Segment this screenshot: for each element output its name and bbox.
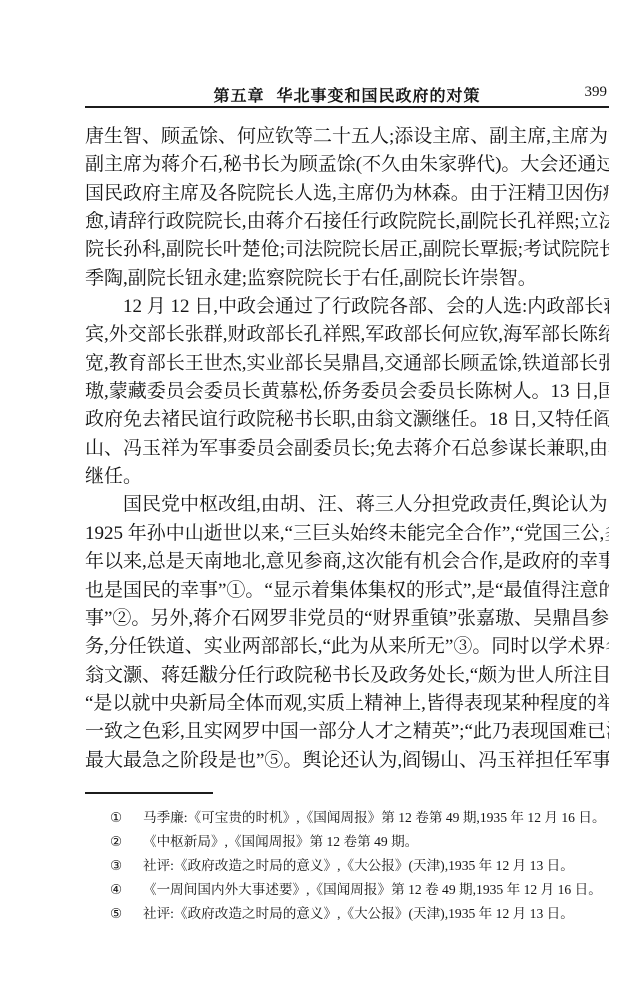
text-line: 翁文灏、蒋廷黻分任行政院秘书长及政务处长,“颇为世人所注目”④。 [85, 662, 609, 690]
text-line: 务,分任铁道、实业两部部长,“此为从来所无”③。同时以学术界名人 [85, 633, 609, 661]
text-line: 一致之色彩,且实网罗中国一部分人才之精英”;“此乃表现国难已演至 [85, 718, 609, 746]
text-line: 12 月 12 日,中政会通过了行政院各部、会的人选:内政部长蒋作 [85, 293, 609, 321]
text-line: 宾,外交部长张群,财政部长孔祥熙,军政部长何应钦,海军部长陈绍 [85, 321, 609, 349]
footnote-text: 社评:《政府改造之时局的意义》,《大公报》(天津),1935 年 12 月 13… [143, 854, 609, 878]
text-line: 最大最急之阶段是也”⑤。舆论还认为,阎锡山、冯玉祥担任军事委员 [85, 747, 609, 775]
text-line: 1925 年孙中山逝世以来,“三巨头始终未能完全合作”,“党国三公,多 [85, 520, 609, 548]
footnotes: ① 马季廉:《可宝贵的时机》,《国闻周报》第 12 卷第 49 期,1935 年… [85, 806, 609, 926]
text-line: 唐生智、顾孟馀、何应钦等二十五人;添设主席、副主席,主席为汪精卫, [85, 123, 609, 151]
footnote-text: 《中枢新局》,《国闻周报》第 12 卷第 49 期。 [143, 830, 609, 854]
paragraph: 唐生智、顾孟馀、何应钦等二十五人;添设主席、副主席,主席为汪精卫, 副主席为蒋介… [85, 123, 609, 293]
footnote-marker: ⑤ [110, 902, 130, 926]
text-line: “是以就中央新局全体而观,实质上精神上,皆得表现某种程度的举国 [85, 690, 609, 718]
footnote-marker: ② [110, 830, 130, 854]
text-line: 璈,蒙藏委员会委员长黄慕松,侨务委员会委员长陈树人。13 日,国民 [85, 378, 609, 406]
text-line: 院长孙科,副院长叶楚伧;司法院院长居正,副院长覃振;考试院院长戴 [85, 236, 609, 264]
text-line: 季陶,副院长钮永建;监察院院长于右任,副院长许崇智。 [85, 265, 609, 293]
text-line: 政府免去褚民谊行政院秘书长职,由翁文灏继任。18 日,又特任阎锡 [85, 406, 609, 434]
paragraph: 国民党中枢改组,由胡、汪、蒋三人分担党政责任,舆论认为自 1925 年孙中山逝世… [85, 491, 609, 774]
text-line: 宽,教育部长王世杰,实业部长吴鼎昌,交通部长顾孟馀,铁道部长张嘉 [85, 350, 609, 378]
header-rule [85, 106, 609, 108]
page-number: 399 [585, 84, 608, 101]
footnote-marker: ① [110, 806, 130, 830]
footnote-item: ② 《中枢新局》,《国闻周报》第 12 卷第 49 期。 [85, 830, 609, 854]
text-line: 副主席为蒋介石,秘书长为顾孟馀(不久由朱家骅代)。大会还通过了 [85, 151, 609, 179]
footnote-item: ⑤ 社评:《政府改造之时局的意义》,《大公报》(天津),1935 年 12 月 … [85, 902, 609, 926]
text-line: 山、冯玉祥为军事委员会副委员长;免去蒋介石总参谋长兼职,由程潜 [85, 435, 609, 463]
footnote-text: 社评:《政府改造之时局的意义》,《大公报》(天津),1935 年 12 月 13… [143, 902, 609, 926]
footnote-text: 《一周间国内外大事述要》,《国闻周报》第 12 卷 49 期,1935 年 12… [143, 878, 609, 902]
text-line: 事”②。另外,蒋介石网罗非党员的“财界重镇”张嘉璈、吴鼎昌参加国 [85, 605, 609, 633]
text-line: 继任。 [85, 463, 609, 491]
body-text: 唐生智、顾孟馀、何应钦等二十五人;添设主席、副主席,主席为汪精卫, 副主席为蒋介… [85, 123, 609, 775]
footnote-item: ① 马季廉:《可宝贵的时机》,《国闻周报》第 12 卷第 49 期,1935 年… [85, 806, 609, 830]
text-line: 年以来,总是天南地北,意见参商,这次能有机会合作,是政府的幸事, [85, 548, 609, 576]
text-line: 愈,请辞行政院院长,由蒋介石接任行政院院长,副院长孔祥熙;立法院 [85, 208, 609, 236]
footnote-text: 马季廉:《可宝贵的时机》,《国闻周报》第 12 卷第 49 期,1935 年 1… [143, 806, 609, 830]
footnote-marker: ④ [110, 878, 130, 902]
running-head: 第五章华北事变和国民政府的对策 399 [85, 83, 609, 103]
footnote-item: ④ 《一周间国内外大事述要》,《国闻周报》第 12 卷 49 期,1935 年 … [85, 878, 609, 902]
paragraph: 12 月 12 日,中政会通过了行政院各部、会的人选:内政部长蒋作 宾,外交部长… [85, 293, 609, 491]
page-title: 华北事变和国民政府的对策 [277, 88, 481, 105]
text-line: 国民党中枢改组,由胡、汪、蒋三人分担党政责任,舆论认为自 [85, 491, 609, 519]
text-line: 国民政府主席及各院院长人选,主席仍为林森。由于汪精卫因伤病未 [85, 180, 609, 208]
footnote-item: ③ 社评:《政府改造之时局的意义》,《大公报》(天津),1935 年 12 月 … [85, 854, 609, 878]
book-page: 第五章华北事变和国民政府的对策 399 唐生智、顾孟馀、何应钦等二十五人;添设主… [0, 0, 644, 1000]
chapter-label: 第五章 [213, 88, 264, 105]
footnote-marker: ③ [110, 854, 130, 878]
footnote-separator [85, 792, 213, 794]
running-head-title-group: 第五章华北事变和国民政府的对策 [85, 83, 609, 106]
text-line: 也是国民的幸事”①。“显示着集体集权的形式”,是“最值得注意的 [85, 577, 609, 605]
